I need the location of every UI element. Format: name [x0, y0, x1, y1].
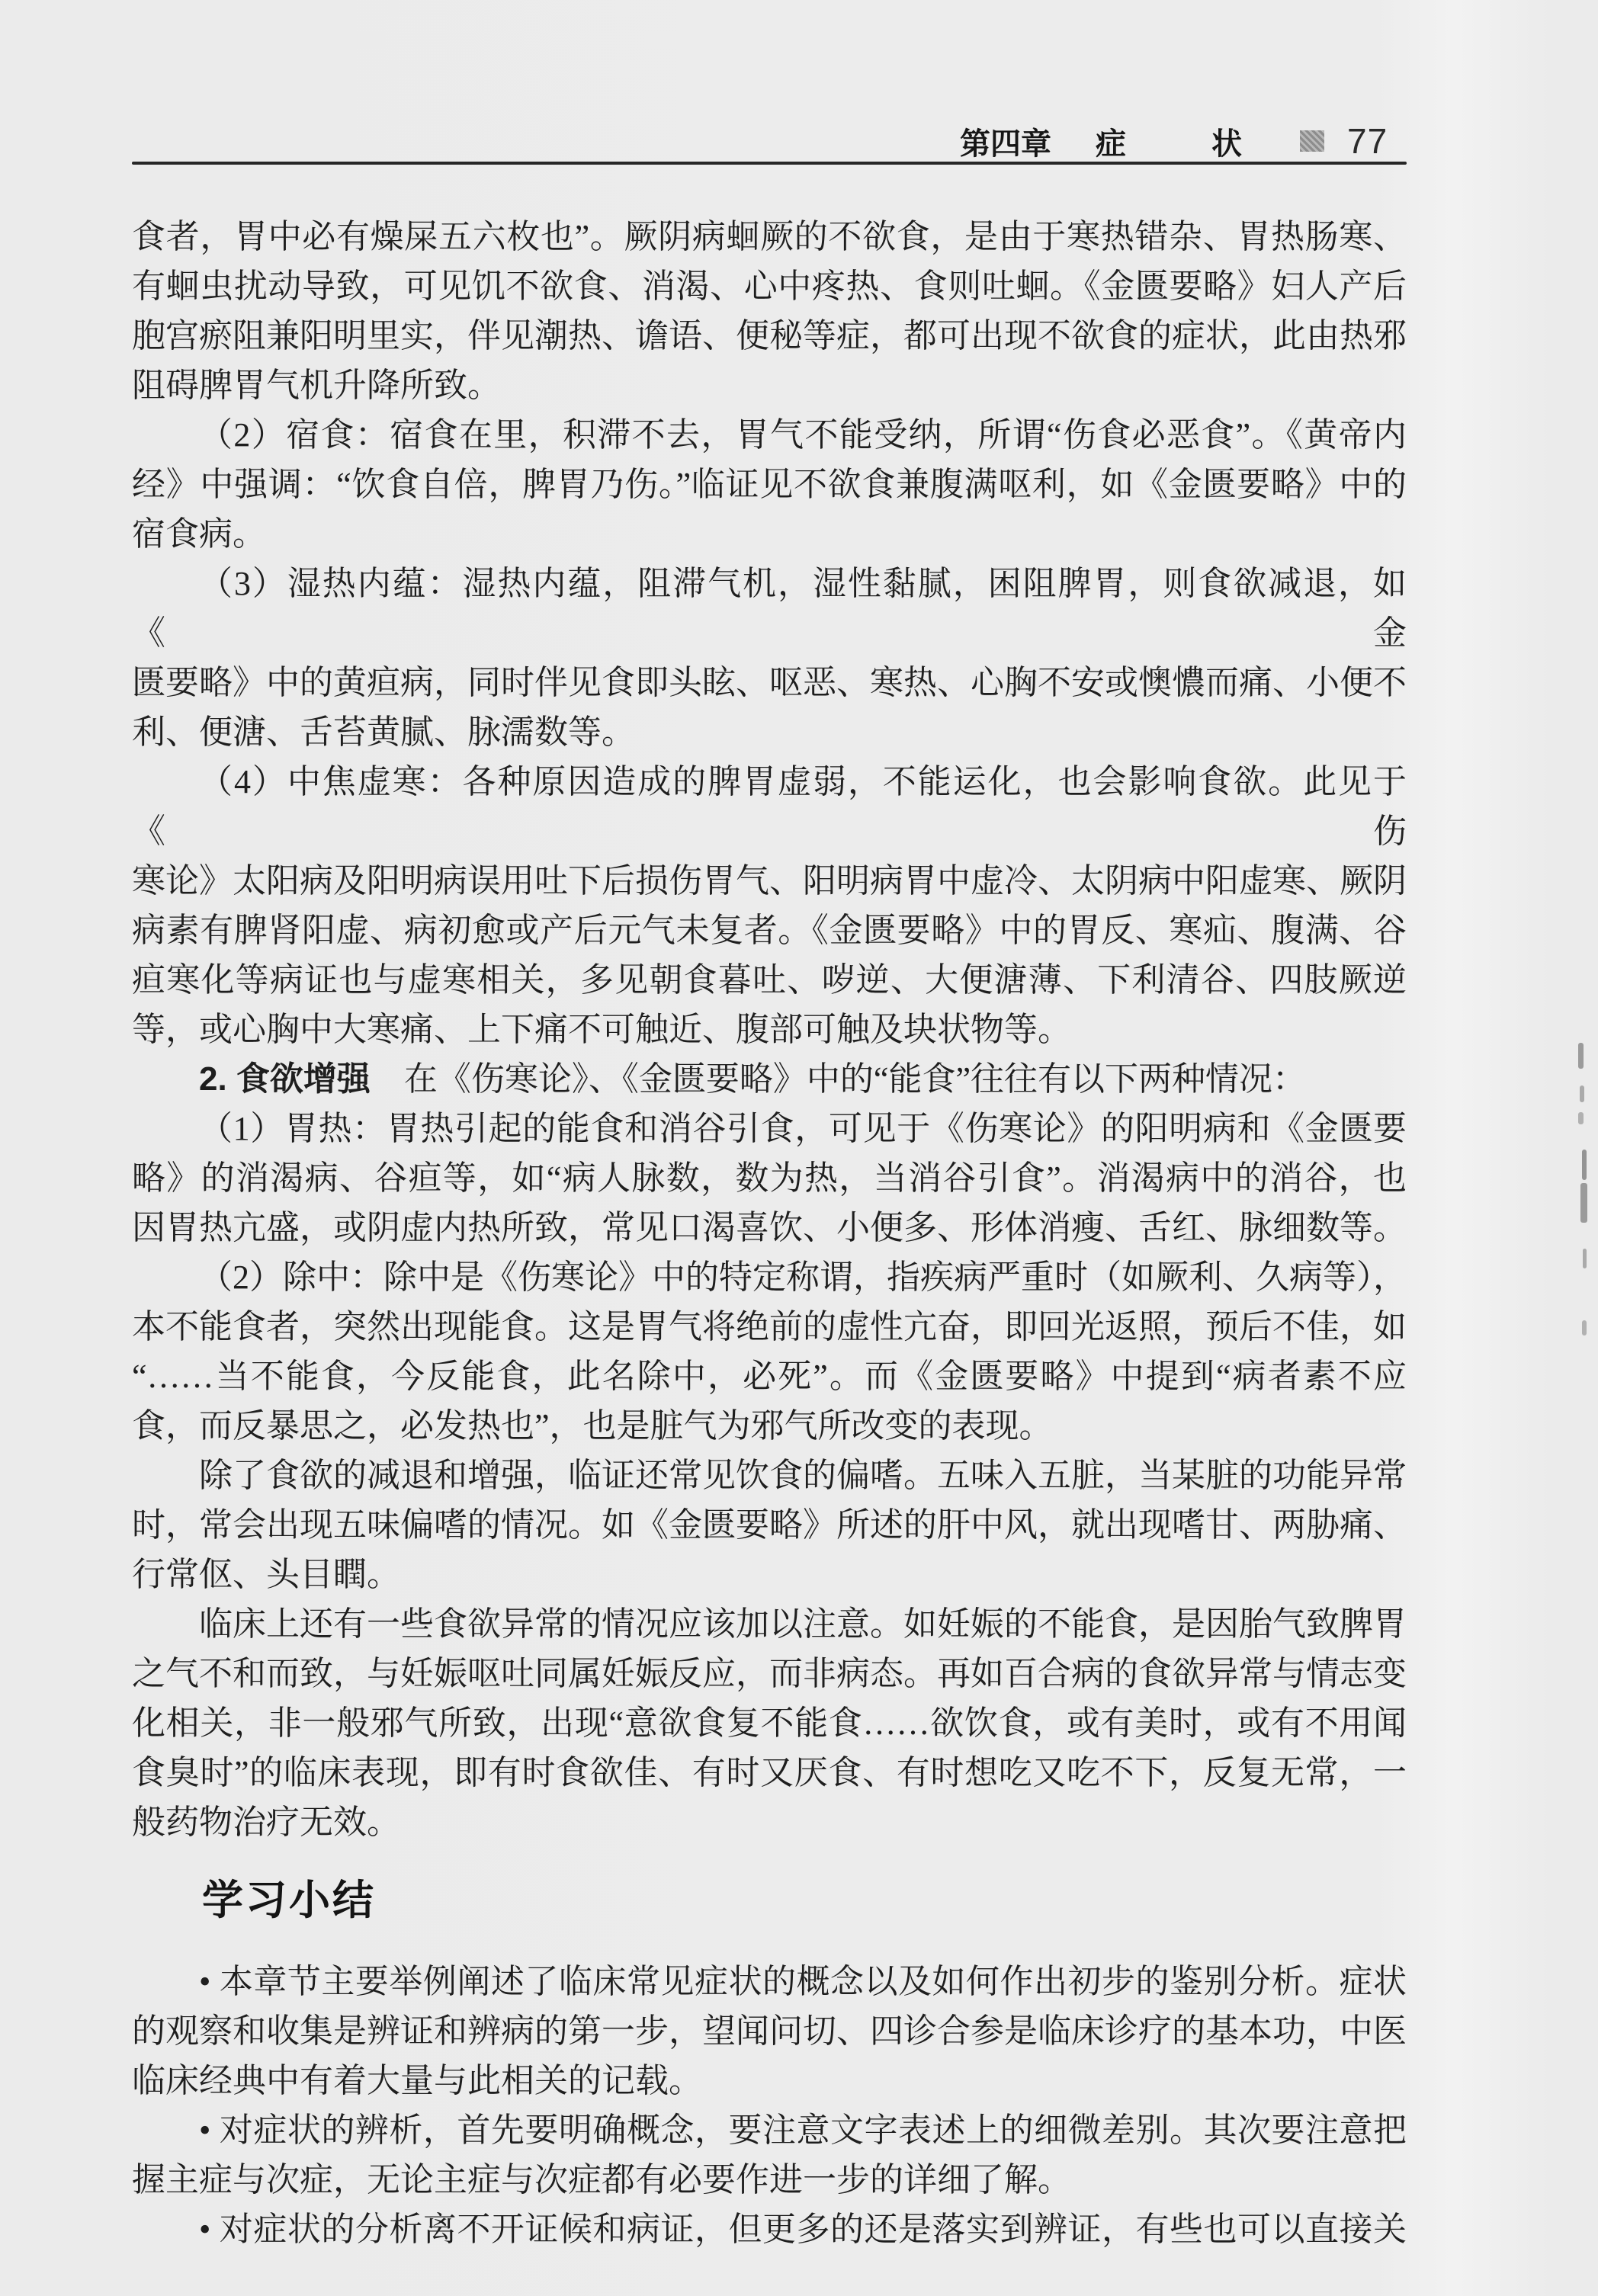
text-line: 病素有脾肾阳虚、病初愈或产后元气未复者。《金匮要略》中的胃反、寒疝、腹满、谷	[132, 906, 1407, 955]
scan-artifact	[1578, 1043, 1584, 1069]
text-line: 寒论》太阳病及阳明病误用吐下后损伤胃气、阳明病胃中虚冷、太阴病中阳虚寒、厥阴	[132, 856, 1407, 906]
text-line: 临床经典中有着大量与此相关的记载。	[132, 2056, 1407, 2105]
bullet-line: • 本章节主要举例阐述了临床常见症状的概念以及如何作出初步的鉴别分析。症状	[132, 1957, 1407, 2006]
chapter-label: 第四章	[960, 120, 1051, 163]
scan-artifact	[1580, 1183, 1587, 1223]
text-line: 的观察和收集是辨证和辨病的第一步，望闻问切、四诊合参是临床诊疗的基本功，中医	[132, 2006, 1407, 2056]
section-heading: 学习小结	[202, 1877, 1407, 1924]
text-line: 时，常会出现五味偏嗜的情况。如《金匮要略》所述的肝中风，就出现嗜甘、两胁痛、	[132, 1500, 1407, 1550]
text-line: 握主症与次症，无论主症与次症都有必要作进一步的详细了解。	[132, 2155, 1407, 2205]
text-line: 因胃热亢盛，或阴虚内热所致，常见口渴喜饮、小便多、形体消瘦、舌红、脉细数等。	[132, 1203, 1407, 1252]
text-line: 有蛔虫扰动导致，可见饥不欲食、消渴、心中疼热、食则吐蛔。《金匮要略》妇人产后	[132, 261, 1407, 311]
text-line: 般药物治疗无效。	[132, 1797, 1407, 1847]
text-line: 匮要略》中的黄疸病，同时伴见食即头眩、呕恶、寒热、心胸不安或懊憹而痛、小便不	[132, 658, 1407, 707]
scan-artifact	[1583, 1249, 1587, 1268]
chapter-title-char: 症	[1096, 120, 1126, 163]
text-line: 临床上还有一些食欲异常的情况应该加以注意。如妊娠的不能食，是因胎气致脾胃	[132, 1599, 1407, 1649]
text-line: 除了食欲的减退和增强，临证还常见饮食的偏嗜。五味入五脏，当某脏的功能异常	[132, 1451, 1407, 1500]
text-line: 本不能食者，突然出现能食。这是胃气将绝前的虚性亢奋，即回光返照，预后不佳，如	[132, 1302, 1407, 1352]
scan-artifact	[1580, 1085, 1584, 1102]
text-line: “……当不能食，今反能食，此名除中，必死”。而《金匮要略》中提到“病者素不应	[132, 1352, 1407, 1401]
page-number: 77	[1347, 120, 1388, 162]
text-line-numbered-heading: 2. 食欲增强 在《伤寒论》、《金匮要略》中的“能食”往往有以下两种情况：	[132, 1054, 1407, 1104]
text-line: 食者，胃中必有燥屎五六枚也”。厥阴病蛔厥的不欲食，是由于寒热错杂、胃热肠寒、	[132, 212, 1407, 261]
text-line: 之气不和而致，与妊娠呕吐同属妊娠反应，而非病态。再如百合病的食欲异常与情志变	[132, 1649, 1407, 1698]
text-line: 化相关，非一般邪气所致，出现“意欲食复不能食……欲饮食，或有美时，或有不用闻	[132, 1698, 1407, 1748]
scan-artifact	[1582, 1150, 1587, 1180]
text-line: 疸寒化等病证也与虚寒相关，多见朝食暮吐、哕逆、大便溏薄、下利清谷、四肢厥逆	[132, 955, 1407, 1005]
text-line: 行常伛、头目瞤。	[132, 1550, 1407, 1599]
page-number-marker-icon	[1300, 130, 1324, 152]
text-line: 等，或心胸中大寒痛、上下痛不可触近、腹部可触及块状物等。	[132, 1005, 1407, 1054]
text-line: （2）宿食：宿食在里，积滞不去，胃气不能受纳，所谓“伤食必恶食”。《黄帝内	[132, 410, 1407, 460]
bullet-line: • 对症状的辨析，首先要明确概念，要注意文字表述上的细微差别。其次要注意把	[132, 2105, 1407, 2155]
text-line: （4）中焦虚寒：各种原因造成的脾胃虚弱，不能运化，也会影响食欲。此见于《伤	[132, 757, 1407, 856]
text-line: 胞宫瘀阻兼阳明里实，伴见潮热、谵语、便秘等症，都可出现不欲食的症状，此由热邪	[132, 311, 1407, 361]
text-line: 宿食病。	[132, 509, 1407, 559]
text-line: （1）胃热：胃热引起的能食和消谷引食，可见于《伤寒论》的阳明病和《金匮要	[132, 1104, 1407, 1153]
chapter-title-char: 状	[1211, 120, 1242, 163]
running-head: 第四章 症 状 77	[960, 124, 1388, 158]
scan-artifact	[1582, 1320, 1587, 1336]
header-rule	[132, 162, 1407, 165]
bullet-line: • 对症状的分析离不开证候和病证，但更多的还是落实到辨证，有些也可以直接关	[132, 2205, 1407, 2254]
text-line: （3）湿热内蕴：湿热内蕴，阻滞气机，湿性黏腻，困阻脾胃，则食欲减退，如《金	[132, 559, 1407, 658]
text-column: 食者，胃中必有燥屎五六枚也”。厥阴病蛔厥的不欲食，是由于寒热错杂、胃热肠寒、 有…	[132, 212, 1407, 2254]
text-line: 略》的消渴病、谷疸等，如“病人脉数，数为热，当消谷引食”。消渴病中的消谷，也	[132, 1153, 1407, 1203]
text-span: 在《伤寒论》、《金匮要略》中的“能食”往往有以下两种情况：	[371, 1060, 1306, 1098]
text-line: 食，而反暴思之，必发热也”，也是脏气为邪气所改变的表现。	[132, 1401, 1407, 1451]
scan-artifact	[1578, 1112, 1584, 1124]
run-in-heading: 2. 食欲增强	[199, 1060, 371, 1098]
text-line: 利、便溏、舌苔黄腻、脉濡数等。	[132, 707, 1407, 757]
text-line: 食臭时”的临床表现，即有时食欲佳、有时又厌食、有时想吃又吃不下，反复无常，一	[132, 1748, 1407, 1797]
book-page: 第四章 症 状 77 食者，胃中必有燥屎五六枚也”。厥阴病蛔厥的不欲食，是由于寒…	[0, 0, 1598, 2296]
text-line: （2）除中：除中是《伤寒论》中的特定称谓，指疾病严重时（如厥利、久病等），	[132, 1252, 1407, 1302]
text-line: 阻碍脾胃气机升降所致。	[132, 361, 1407, 410]
text-line: 经》中强调：“饮食自倍，脾胃乃伤。”临证见不欲食兼腹满呕利，如《金匮要略》中的	[132, 460, 1407, 509]
